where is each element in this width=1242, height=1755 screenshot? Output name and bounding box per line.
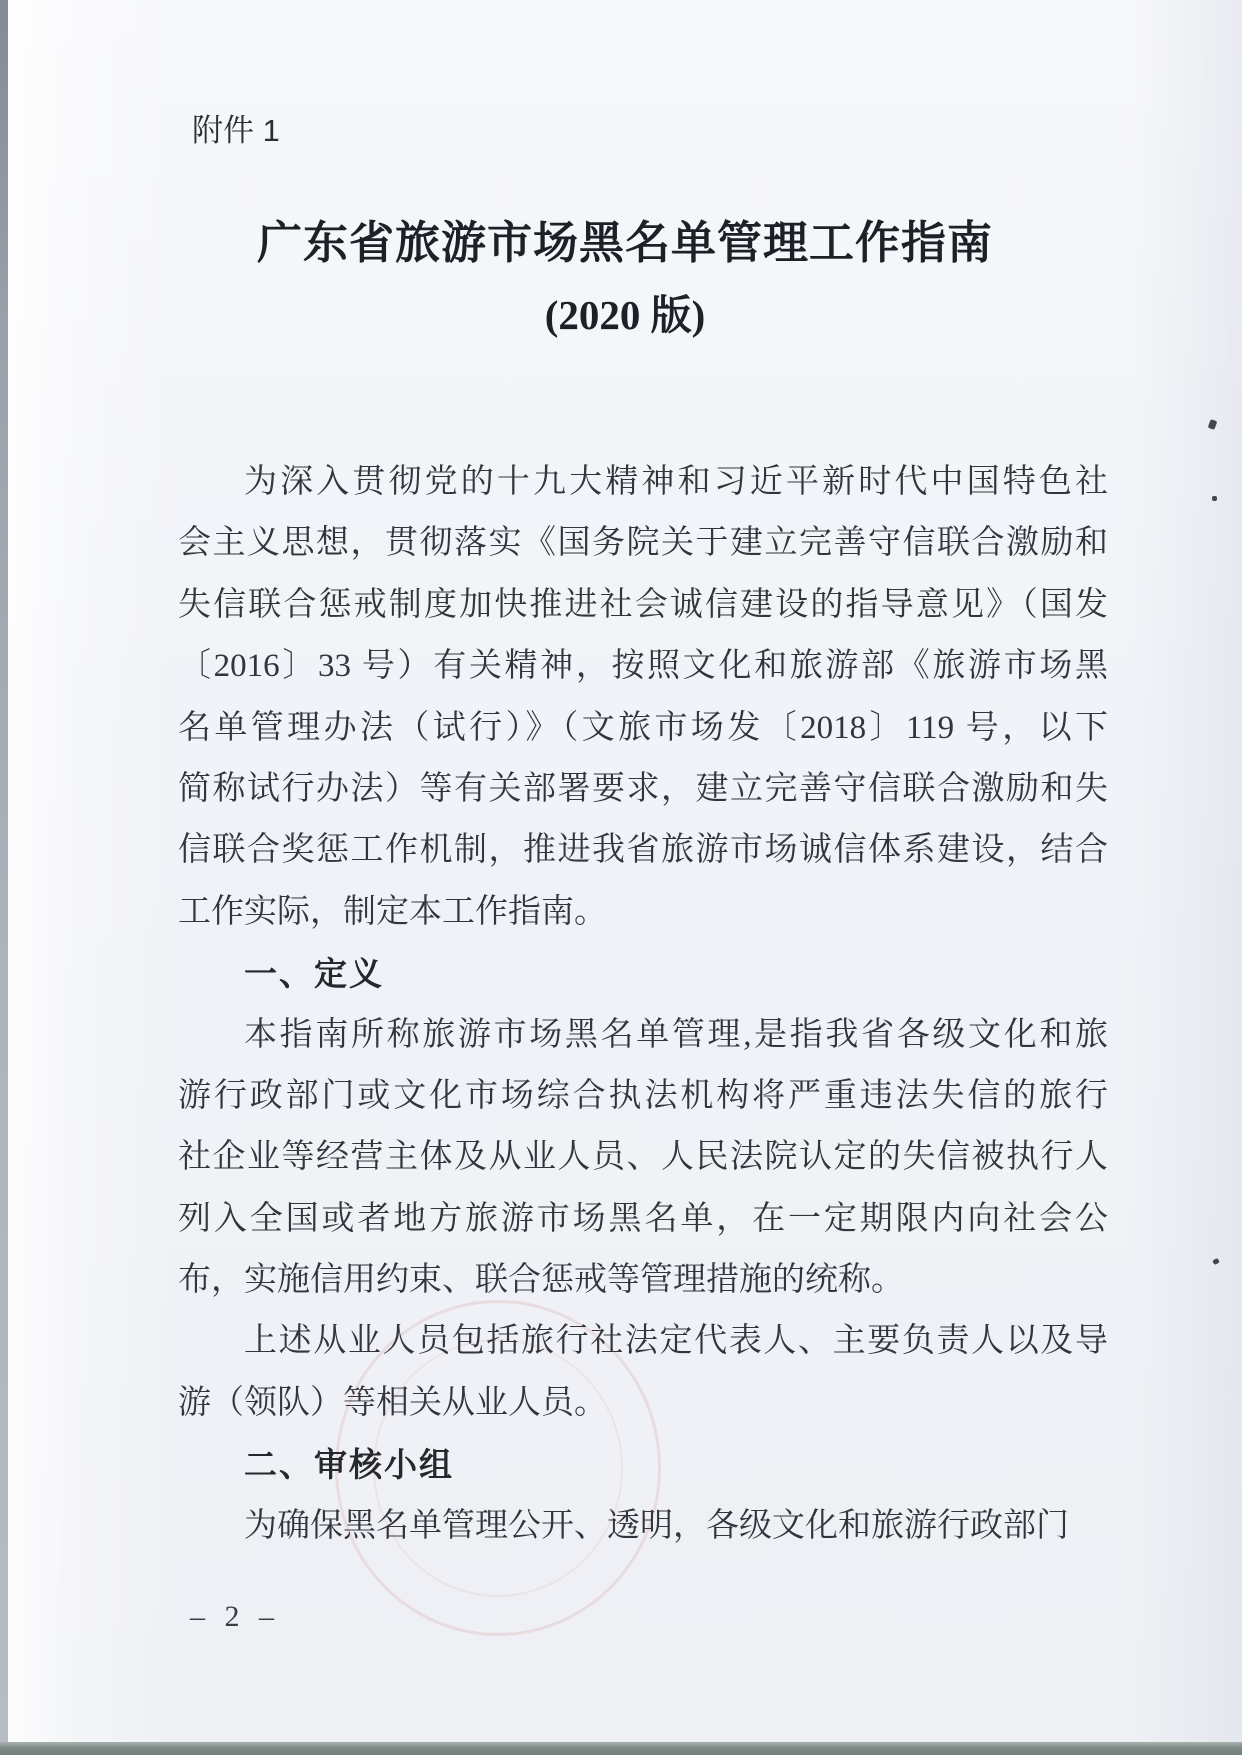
page-number: – 2 –	[190, 1600, 280, 1634]
body-line: 社企业等经营主体及从业人员、人民法院认定的失信被执行人	[178, 1127, 1108, 1188]
body-line: 简称试行办法）等有关部署要求，建立完善守信联合激励和失	[178, 759, 1108, 820]
body-line: 游（领队）等相关从业人员。	[178, 1373, 1108, 1434]
body-line: 布，实施信用约束、联合惩戒等管理措施的统称。	[178, 1250, 1108, 1311]
body-line: 游行政部门或文化市场综合执法机构将严重违法失信的旅行	[178, 1066, 1108, 1127]
section-heading: 二、审核小组	[178, 1434, 1108, 1495]
body-line: 失信联合惩戒制度加快推进社会诚信建设的指导意见》（国发	[178, 575, 1108, 636]
body-line: 名单管理办法（试行）》（文旅市场发〔2018〕119 号，以下	[178, 698, 1108, 759]
body-line: 为确保黑名单管理公开、透明，各级文化和旅游行政部门	[178, 1496, 1108, 1557]
document-title-block: 广东省旅游市场黑名单管理工作指南 (2020 版)	[160, 214, 1090, 342]
document-title-edition: (2020 版)	[160, 288, 1090, 342]
body-line: 列入全国或者地方旅游市场黑名单，在一定期限内向社会公	[178, 1189, 1108, 1250]
scan-edge-left	[0, 0, 8, 1755]
attachment-label: 附件 1	[192, 108, 280, 154]
scan-speck	[1208, 419, 1218, 430]
scan-edge-bottom	[0, 1742, 1242, 1755]
body-line: 工作实际，制定本工作指南。	[178, 882, 1108, 943]
body-line: 〔2016〕33 号）有关精神，按照文化和旅游部《旅游市场黑	[178, 636, 1108, 697]
body-line: 上述从业人员包括旅行社法定代表人、主要负责人以及导	[178, 1311, 1108, 1372]
scanned-document-page: 附件 1 广东省旅游市场黑名单管理工作指南 (2020 版) 为深入贯彻党的十九…	[0, 0, 1242, 1755]
section-heading: 一、定义	[178, 943, 1108, 1004]
body-line: 会主义思想，贯彻落实《国务院关于建立完善守信联合激励和	[178, 513, 1108, 574]
body-line: 本指南所称旅游市场黑名单管理,是指我省各级文化和旅	[178, 1005, 1108, 1066]
body-line: 为深入贯彻党的十九大精神和习近平新时代中国特色社	[178, 452, 1108, 513]
scan-speck	[1212, 1258, 1220, 1265]
document-title: 广东省旅游市场黑名单管理工作指南	[160, 214, 1090, 272]
body-line: 信联合奖惩工作机制，推进我省旅游市场诚信体系建设，结合	[178, 820, 1108, 881]
scan-speck	[1212, 496, 1217, 501]
document-body: 为深入贯彻党的十九大精神和习近平新时代中国特色社会主义思想，贯彻落实《国务院关于…	[178, 452, 1108, 1557]
